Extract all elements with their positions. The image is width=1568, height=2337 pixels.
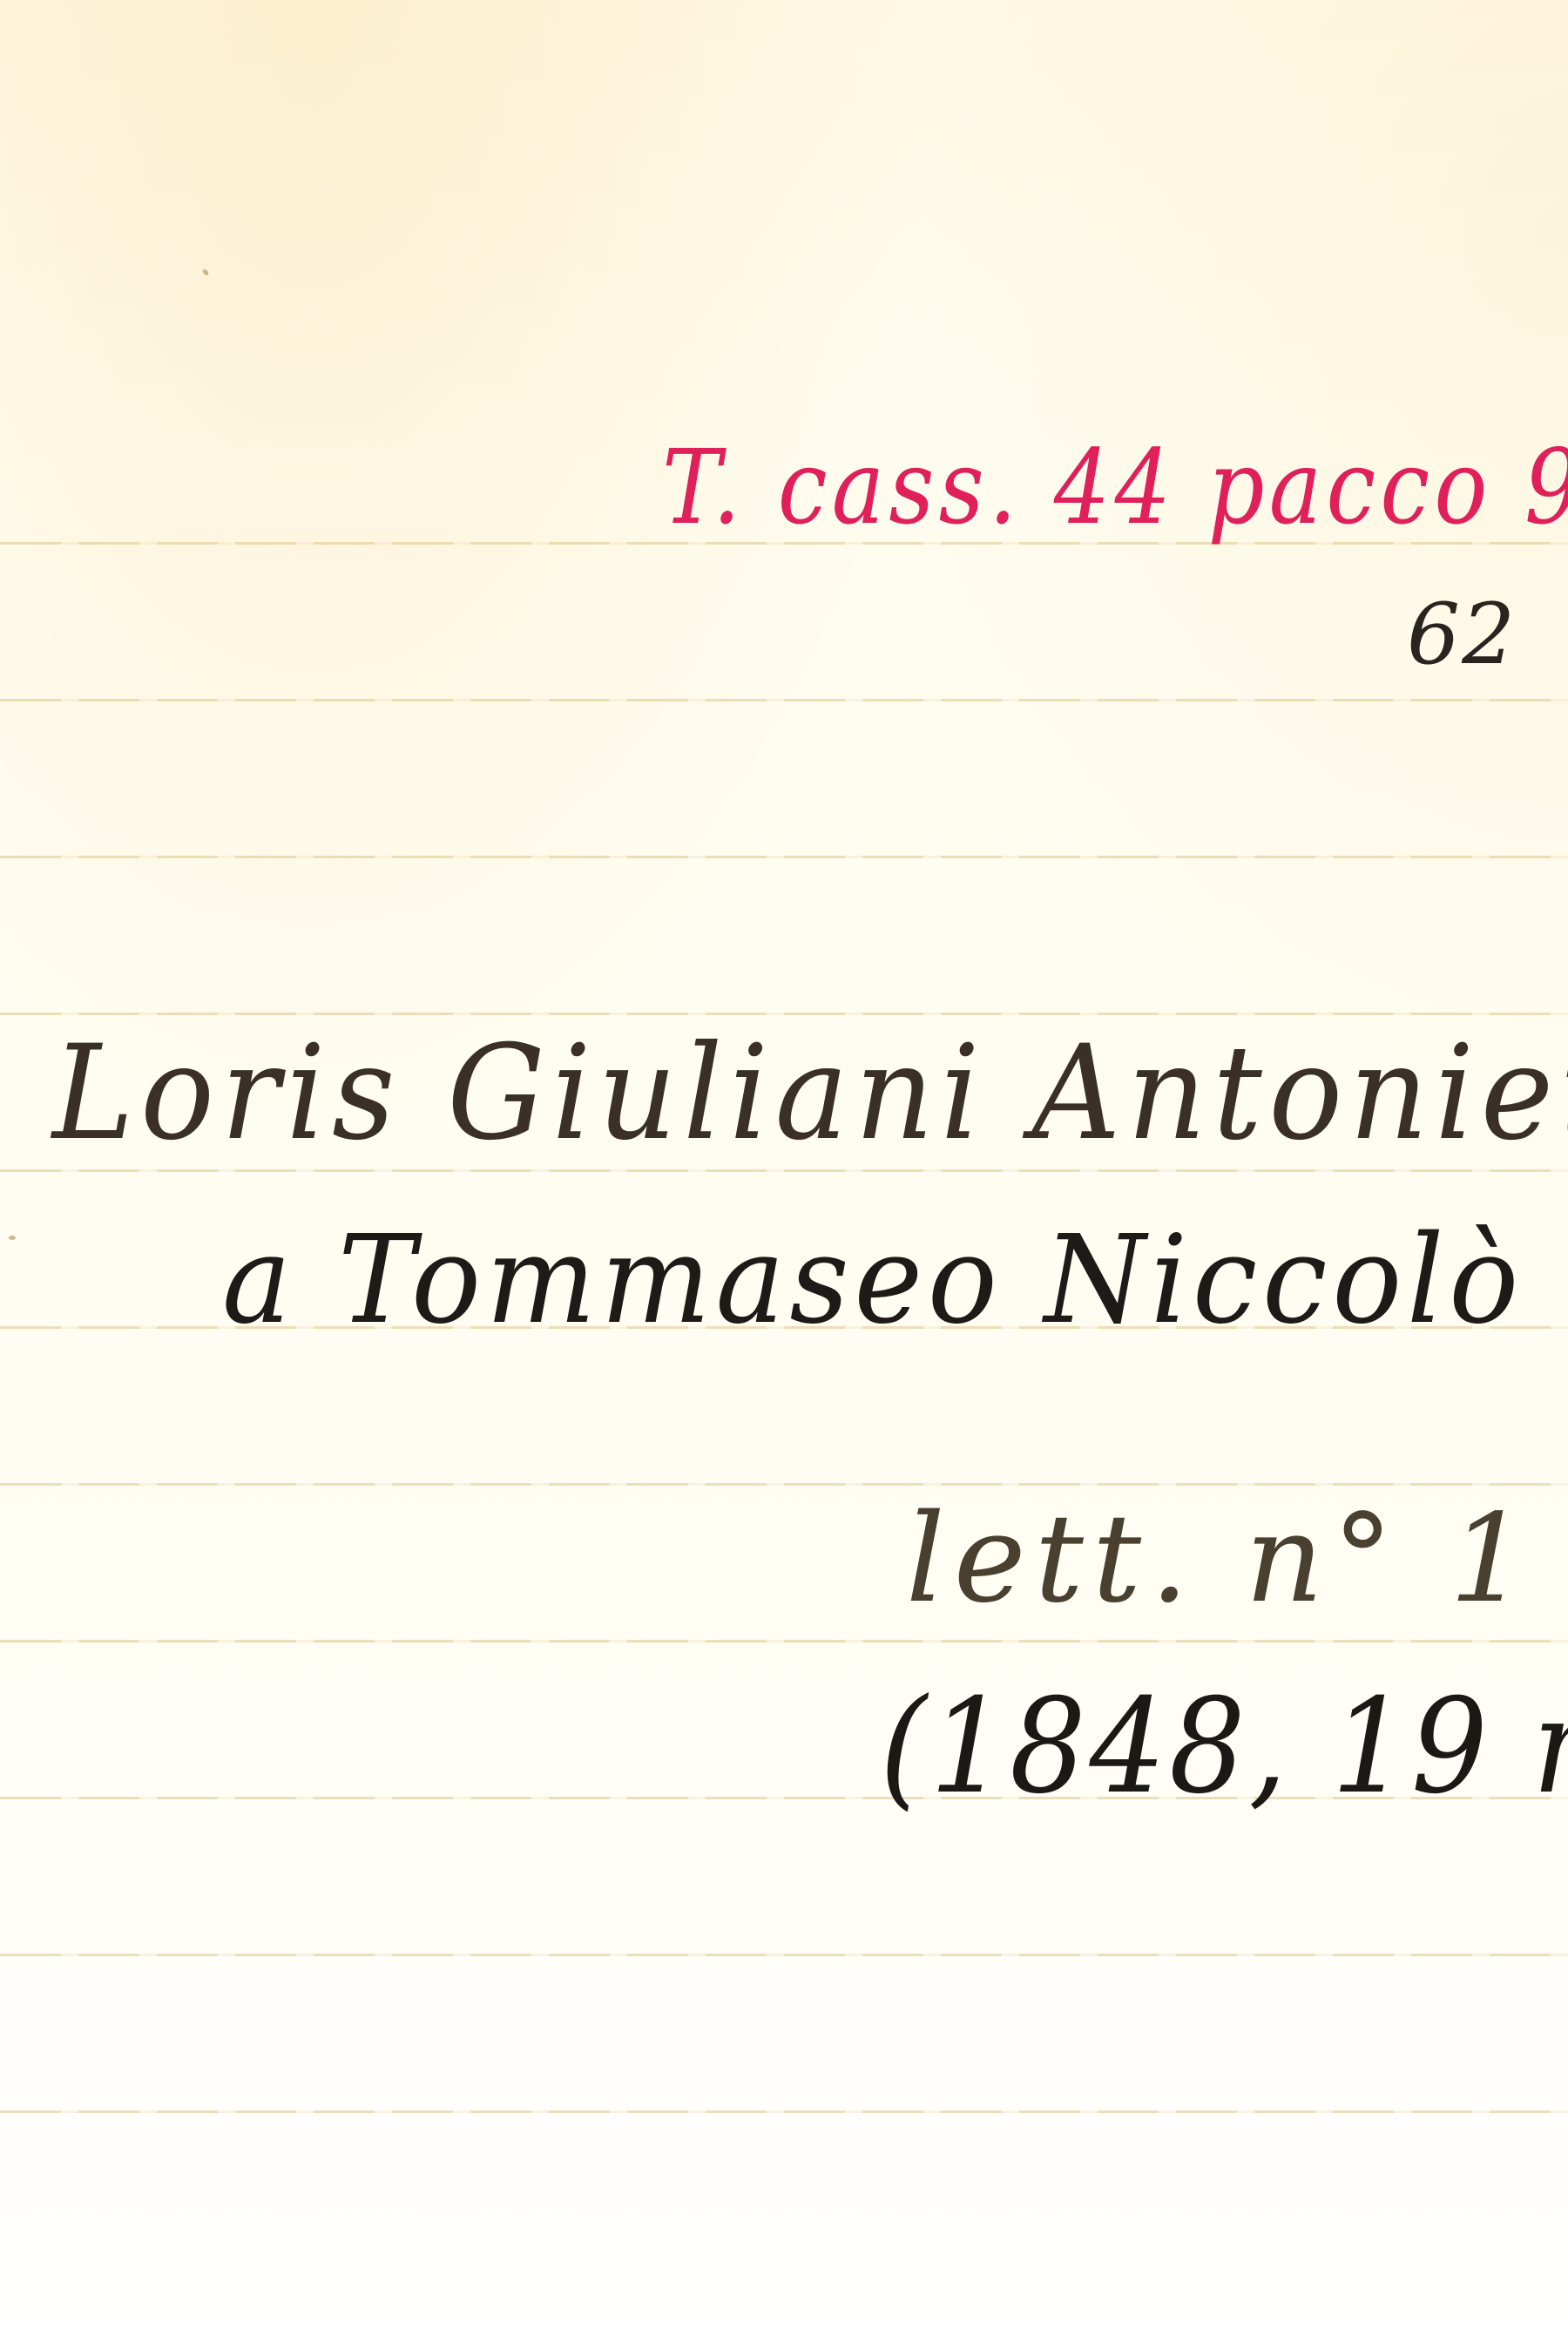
index-card: T. cass. 44 pacco 96. 62 Loris Giuliani …	[0, 0, 1568, 2337]
ruled-line	[0, 2110, 1568, 2113]
ruled-line	[0, 856, 1568, 858]
paper-speck	[9, 1236, 16, 1240]
ruled-line	[0, 1483, 1568, 1486]
sender-name: Loris Giuliani Antonietta	[52, 1028, 1568, 1159]
shelfmark-text: T. cass. 44 pacco 96	[662, 427, 1568, 547]
ruled-line	[0, 1013, 1568, 1015]
shelfmark: T. cass. 44 pacco 96.	[662, 436, 1568, 539]
ruled-line	[0, 699, 1568, 701]
paper-speck	[202, 268, 210, 276]
letter-count: lett. n° 1	[906, 1499, 1536, 1621]
recipient-name: a Tommaseo Niccolò	[222, 1220, 1524, 1342]
ruled-line	[0, 1954, 1568, 1956]
ruled-line	[0, 1169, 1568, 1172]
letter-date: (1848, 19 mag.)	[880, 1682, 1568, 1812]
item-number: 62	[1407, 593, 1517, 676]
ruled-line	[0, 1640, 1568, 1643]
